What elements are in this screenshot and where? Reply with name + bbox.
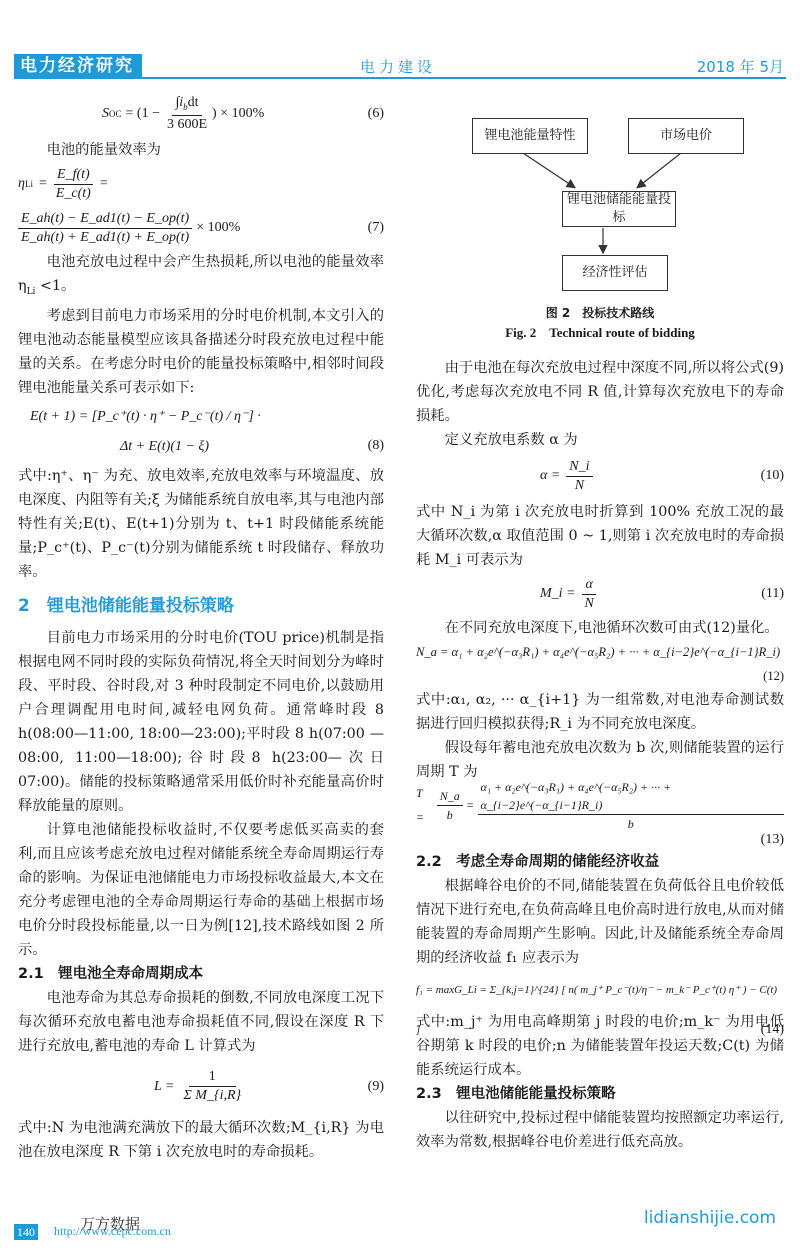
watermark: 万方数据 (80, 1213, 140, 1234)
paragraph: 根据峰谷电价的不同,储能装置在负荷低谷且电价较低情况下进行充电,在负荷高峰且电价… (416, 874, 784, 970)
eq7-tag: (7) (368, 216, 384, 240)
eq7-fraction-2: E_ah(t) − E_ad1(t) − E_op(t)E_ah(t) + E_… (18, 210, 192, 247)
box-market-price: 市场电价 (628, 118, 744, 154)
equation-14: f₁ = maxG_Li = Σ_{k,j=1}^{24} [ n( m_j⁺ … (416, 970, 784, 1010)
figure-caption-cn: 图 2 投标技术路线 (416, 304, 784, 321)
equation-6: SOC = (1 − ∫ibdt 3 600E ) × 100% (6) (18, 90, 384, 138)
equation-9: L = 1Σ M_{i,R} (9) (18, 1058, 384, 1116)
left-column: SOC = (1 − ∫ibdt 3 600E ) × 100% (6) 电池的… (18, 90, 384, 1164)
eq11-den: N (582, 595, 597, 613)
eq7-tail: × 100% (196, 216, 240, 240)
paragraph: 在不同充放电深度下,电池循环次数可由式(12)量化。 (416, 616, 784, 640)
eq8-tag: (8) (368, 434, 384, 458)
eq8-line2: Δt + E(t)(1 − ξ) (30, 434, 384, 460)
eq11-lhs: M_i = (540, 582, 576, 606)
paragraph: 式中:m_j⁺ 为用电高峰期第 j 时段的电价;m_k⁻ 为用电低谷期第 k 时… (416, 1010, 784, 1082)
paragraph: 式中:η⁺、η⁻ 为充、放电效率,充放电效率与环境温度、放电深度、内阻等有关;ξ… (18, 464, 384, 584)
eq9-tag: (9) (368, 1075, 384, 1099)
equation-8: E(t + 1) = [P_c⁺(t) · η⁺ − P_c⁻(t) / η⁻]… (18, 400, 384, 464)
eq10-num: N_i (566, 458, 592, 477)
eq12-expr: N_a = α₁ + α₂e^(−α₃R₁) + α₄e^(−α₅R₂) + ·… (416, 640, 784, 664)
eq9-den: Σ M_{i,R} (180, 1087, 244, 1105)
eq12-tag: (12) (763, 664, 784, 688)
header-rule (14, 77, 786, 79)
eq7-num2: E_ah(t) − E_ad1(t) − E_op(t) (18, 210, 192, 229)
eq13-den1: b (444, 806, 456, 824)
paragraph: 式中 N_i 为第 i 次充放电时折算到 100% 充放工况的最大循环次数,α … (416, 500, 784, 572)
equation-13: T = N_ab = α₁ + α₂e^(−α₃R₁) + α₄e^(−α₅R₂… (416, 784, 784, 850)
eq7-lhs-sub: Li (25, 172, 33, 196)
eq13-den2: b (625, 815, 637, 833)
eq7-lhs: η (18, 172, 25, 196)
equation-11: M_i = αN (11) (416, 572, 784, 616)
eq10-lhs: α = (540, 464, 560, 488)
equation-10: α = N_iN (10) (416, 452, 784, 500)
paragraph: 电池的能量效率为 (18, 138, 384, 162)
eq6-lhs: S (102, 102, 109, 126)
eq6-num: ∫i (175, 95, 183, 110)
eq9-fraction: 1Σ M_{i,R} (180, 1068, 244, 1105)
eq6-tail: ) × 100% (212, 102, 264, 126)
section-heading-2-2: 2.2 考虑全寿命周期的储能经济收益 (416, 850, 784, 874)
paragraph: 电池充放电过程中会产生热损耗,所以电池的能量效率 ηLi <1。 (18, 250, 384, 304)
right-column: 由于电池在每次充放电过程中深度不同,所以将公式(9)优化,考虑每次充放电不同 R… (416, 356, 784, 1154)
section-heading-2-3: 2.3 锂电池储能能量投标策略 (416, 1082, 784, 1106)
paragraph: 考虑到目前电力市场采用的分时电价机制,本文引入的锂电池动态能量模型应该具备描述分… (18, 304, 384, 400)
eq6-num-tail: dt (188, 95, 199, 110)
eq7-num1: E_f(t) (54, 166, 93, 185)
eq13-lhs: T = (416, 781, 433, 829)
section-heading-2-1: 2.1 锂电池全寿命周期成本 (18, 962, 384, 986)
paragraph: 计算电池储能投标收益时,不仅要考虑低买高卖的套利,而且应该考虑充放电过程对储能系… (18, 818, 384, 962)
eq10-den: N (572, 477, 587, 495)
eq11-tag: (11) (761, 582, 784, 606)
paragraph: 以往研究中,投标过程中储能装置均按照额定功率运行,效率为常数,根据峰谷电价差进行… (416, 1106, 784, 1154)
paragraph: 式中:N 为电池满充满放下的最大循环次数;M_{i,R} 为电池在放电深度 R … (18, 1116, 384, 1164)
eq6-tag: (6) (368, 102, 384, 126)
paragraph: 电池寿命为其总寿命损耗的倒数,不同放电深度工况下每次循环充放电蓄电池寿命损耗值不… (18, 986, 384, 1058)
eq6-den: 3 600E (164, 116, 210, 134)
figure-2: 锂电池能量特性 市场电价 锂电池储能能量投标 经济性评估 图 2 投标技术路线 … (416, 90, 784, 340)
issue-date: 2018 年 5月 (697, 56, 784, 77)
paragraph: 定义充放电系数 α 为 (416, 428, 784, 452)
heat-tail: <1。 (35, 278, 75, 294)
equation-7: ηLi = E_f(t)E_c(t) = E_ah(t) − E_ad1(t) … (18, 162, 384, 250)
paragraph: 由于电池在每次充放电过程中深度不同,所以将公式(9)优化,考虑每次充放电不同 R… (416, 356, 784, 428)
eq6-mid: = (1 − (126, 102, 160, 126)
section-tag: 电力经济研究 (14, 54, 142, 78)
equation-12: N_a = α₁ + α₂e^(−α₃R₁) + α₄e^(−α₅R₂) + ·… (416, 640, 784, 688)
eq8-line1: E(t + 1) = [P_c⁺(t) · η⁺ − P_c⁻(t) / η⁻]… (30, 400, 384, 434)
box-economic-eval: 经济性评估 (562, 255, 668, 291)
eq7-den2: E_ah(t) + E_ad1(t) + E_op(t) (18, 229, 192, 247)
eq13-num1: N_a (437, 787, 463, 806)
box-bidding: 锂电池储能能量投标 (562, 191, 676, 227)
journal-name: 电力建设 (360, 56, 436, 77)
eq13-tag: (13) (761, 828, 784, 852)
eq11-num: α (582, 576, 595, 595)
section-heading-2: 2 锂电池储能能量投标策略 (18, 594, 384, 618)
paragraph: 目前电力市场采用的分时电价(TOU price)机制是指根据电网不同时段的实际负… (18, 626, 384, 818)
eq9-num: 1 (189, 1068, 236, 1087)
eq6-fraction: ∫ibdt 3 600E (164, 94, 210, 135)
eq13-num2: α₁ + α₂e^(−α₃R₁) + α₄e^(−α₅R₂) + ··· + α… (478, 778, 784, 815)
page-header: 电力经济研究 电力建设 2018 年 5月 (0, 0, 800, 80)
eq10-tag: (10) (761, 464, 784, 488)
box-li-energy: 锂电池能量特性 (472, 118, 588, 154)
eq6-lhs-sub: OC (109, 102, 122, 126)
eq14-tag: (14) (761, 1010, 784, 1050)
eq7-den1: E_c(t) (53, 185, 94, 203)
site-watermark: lidianshijie.com (644, 1208, 776, 1228)
figure-caption-en: Fig. 2 Technical route of bidding (416, 322, 784, 341)
paragraph: 式中:α₁, α₂, ··· α_{i+1} 为一组常数,对电池寿命测试数据进行… (416, 688, 784, 736)
eq7-fraction-1: E_f(t)E_c(t) (53, 166, 94, 203)
eq9-lhs: L = (154, 1075, 174, 1099)
page-number: 140 (14, 1224, 38, 1240)
